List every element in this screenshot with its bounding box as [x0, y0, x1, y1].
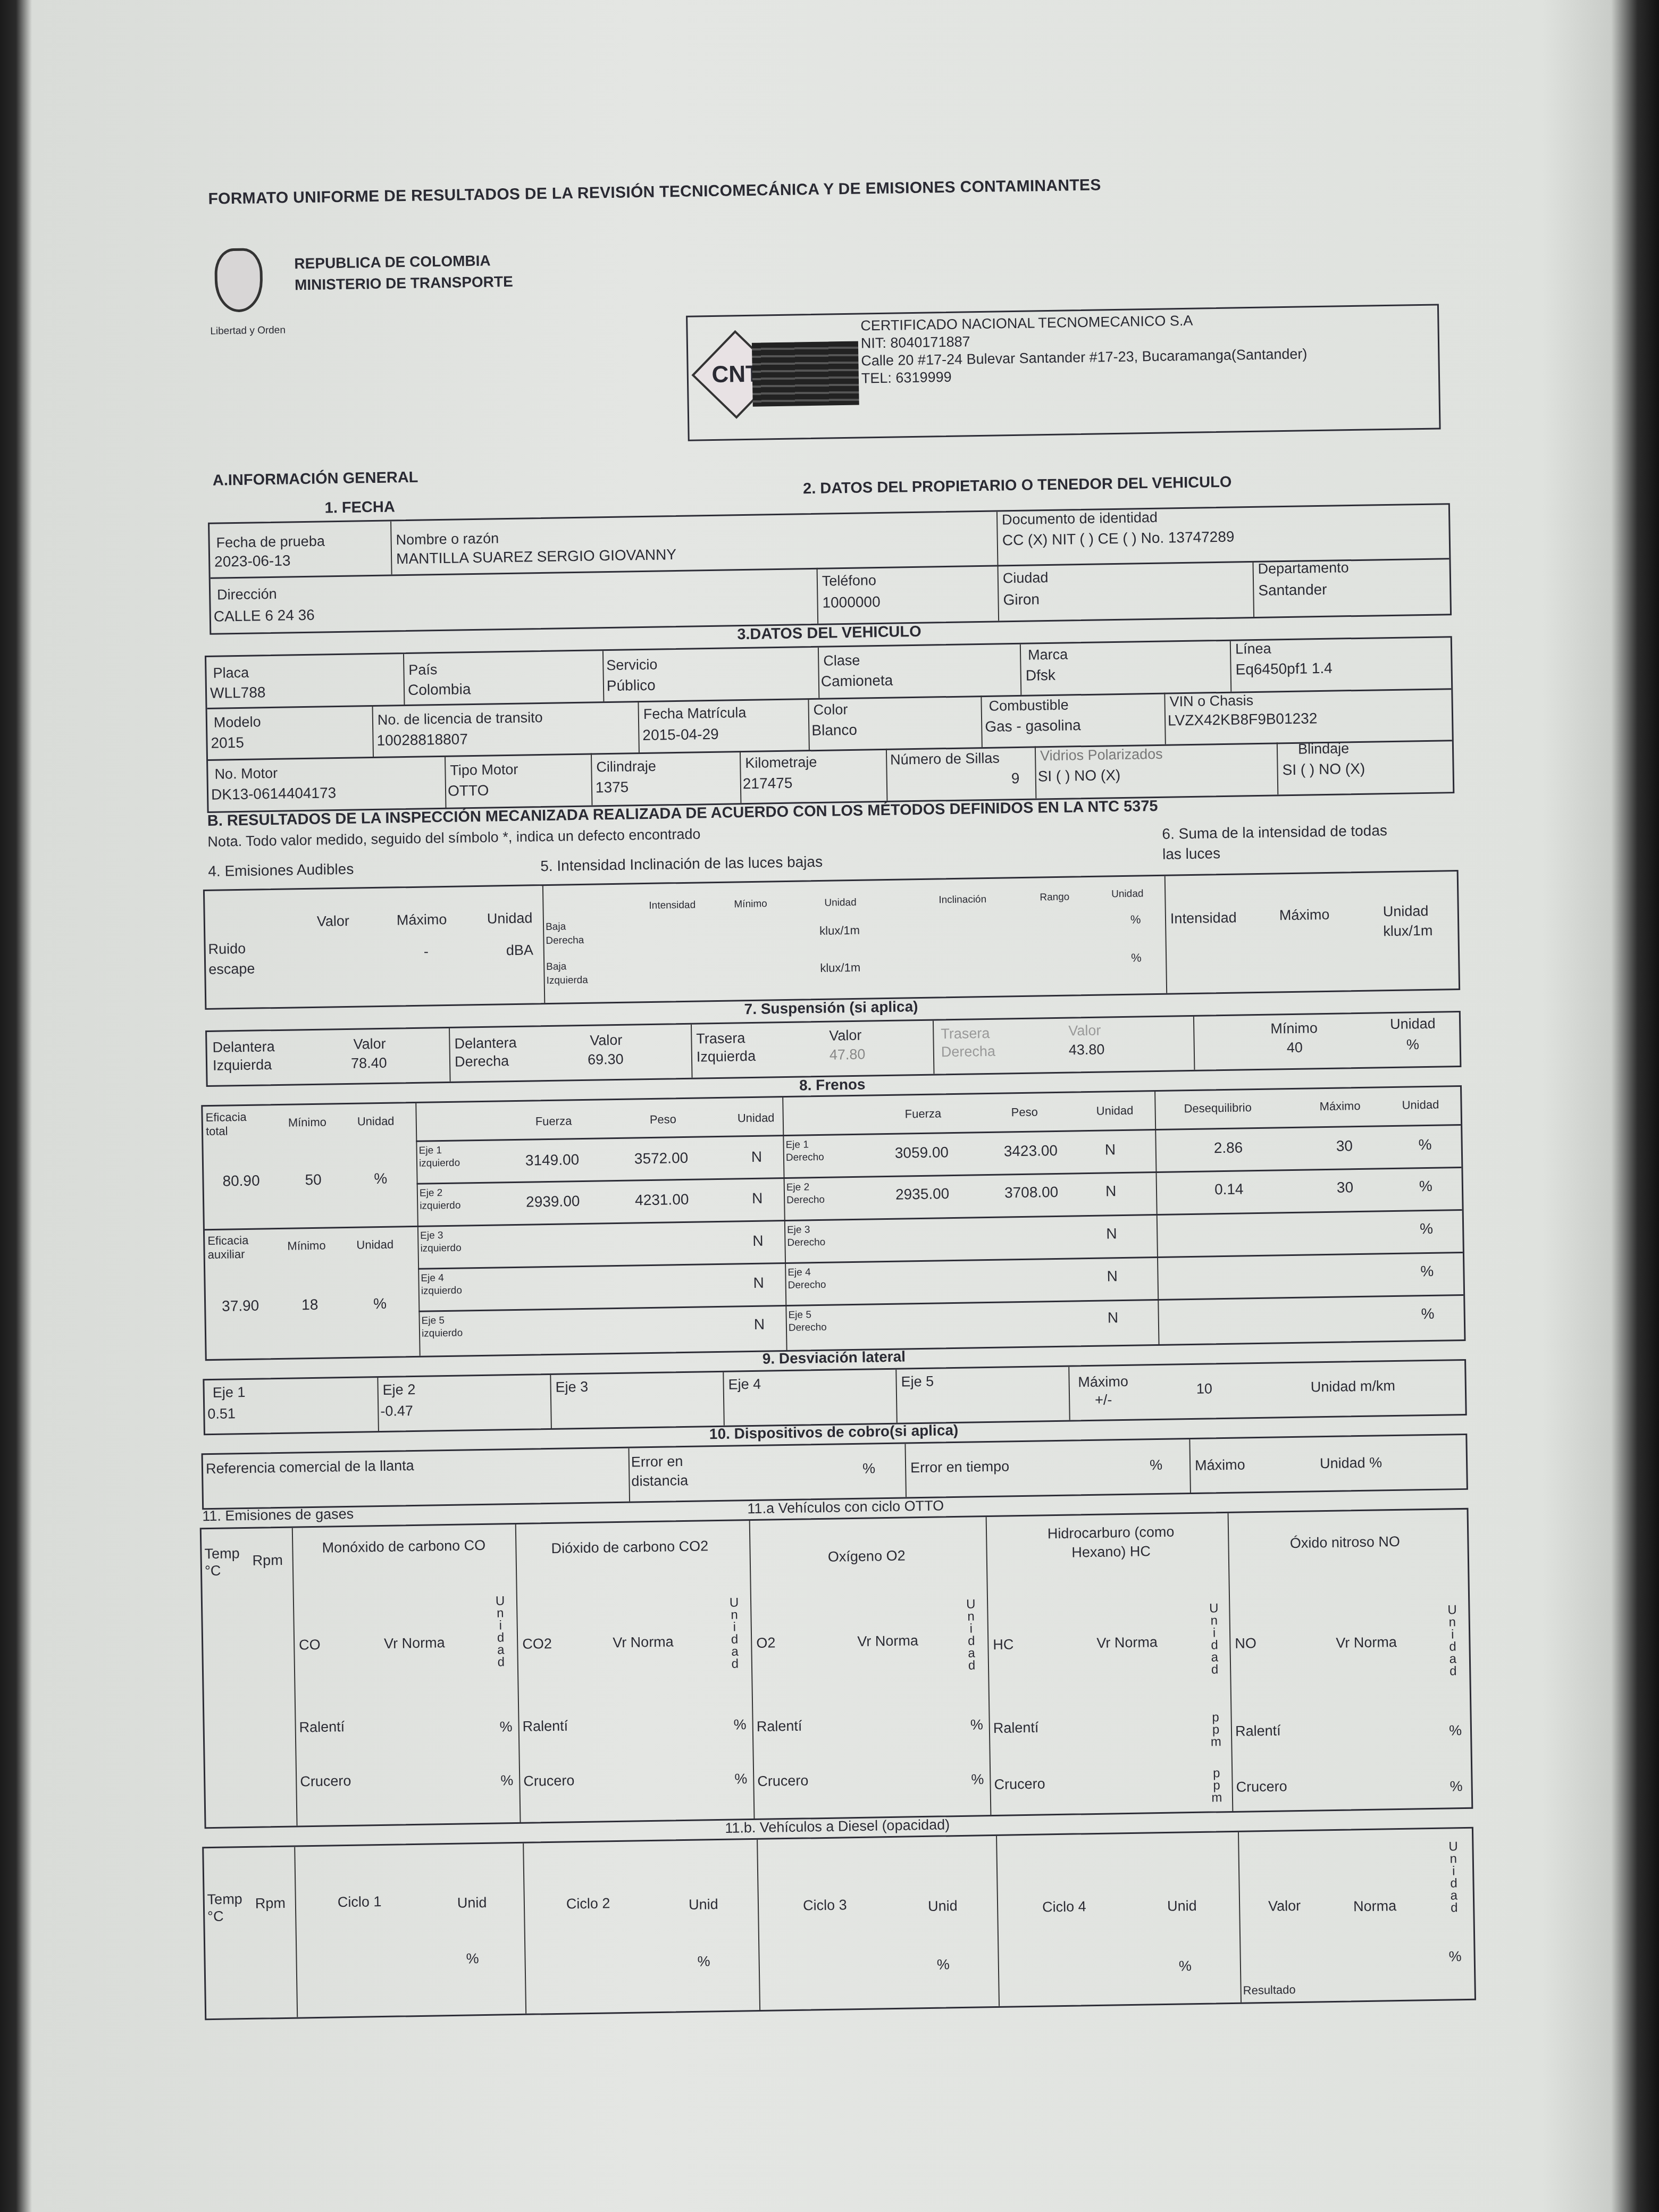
licencia-value: 10028818807: [376, 731, 468, 749]
frenos-row1-desequilibrio: 0.14: [1214, 1180, 1244, 1198]
otto-co-crucero: Crucero: [300, 1773, 351, 1790]
otto-no-abbr: NO: [1235, 1635, 1256, 1652]
frenos-row1-unidad: %: [1419, 1178, 1432, 1195]
color-value: Blanco: [811, 722, 857, 739]
luces-derecha-unidad2: %: [1130, 912, 1141, 926]
otto-no-crucero-unit: %: [1449, 1778, 1462, 1795]
frenos-row0-der: Eje 1 Derecho: [785, 1138, 828, 1164]
logo-bars-icon: [752, 341, 859, 407]
luces-title: 5. Intensidad Inclinación de las luces b…: [540, 853, 823, 875]
cobro-error-tiempo-label: Error en tiempo: [910, 1458, 1010, 1476]
frenos-row2-unidad-izq: N: [752, 1233, 764, 1250]
suma-h-unidad: Unidad: [1383, 903, 1429, 920]
otto-co2-crucero: Crucero: [523, 1772, 575, 1790]
motor-label: No. Motor: [214, 765, 278, 783]
otto-o2-crucero: Crucero: [757, 1772, 809, 1790]
form-title: FORMATO UNIFORME DE RESULTADOS DE LA REV…: [208, 176, 1101, 208]
susp-vlabel-0: Valor: [353, 1036, 386, 1053]
luces-h-unidad2: Unidad: [1111, 888, 1144, 900]
otto-no-ralenti-unit: %: [1449, 1722, 1462, 1739]
diesel-valor-label: Valor: [1268, 1898, 1301, 1915]
otto-o2-crucero-unit: %: [971, 1771, 984, 1788]
eficacia-total-minimo-label: Mínimo: [288, 1116, 327, 1130]
otto-hc-abbr: HC: [993, 1636, 1013, 1653]
frenos-row3-unidad: %: [1420, 1263, 1434, 1280]
sillas-label: Número de Sillas: [890, 750, 1000, 768]
desv-maximo: 10: [1196, 1380, 1213, 1397]
cobro-error-distancia-label: Error en distancia: [631, 1451, 706, 1490]
fecha-prueba-label: Fecha de prueba: [216, 533, 325, 551]
placa-label: Placa: [213, 665, 249, 682]
susp-pos-3: Trasera Derecha: [941, 1024, 1021, 1061]
eficacia-total-unidad: %: [374, 1170, 387, 1187]
frenos-row4-der: Eje 5 Derecho: [788, 1309, 831, 1335]
eficacia-auxiliar-minimo: 18: [301, 1296, 319, 1313]
cilindraje-label: Cilindraje: [596, 758, 656, 776]
frenos-row0-desequilibrio: 2.86: [1214, 1139, 1243, 1157]
ruido-unidad-header: Unidad: [487, 910, 533, 927]
clase-value: Camioneta: [821, 672, 893, 690]
susp-minimo: 40: [1287, 1040, 1303, 1056]
susp-pos-0: Delantera Izquierda: [212, 1037, 292, 1075]
diesel-ciclo3-label: Ciclo 3: [803, 1897, 847, 1914]
tipo-motor-value: OTTO: [448, 782, 489, 800]
ciudad-value: Giron: [1003, 591, 1040, 608]
luces-h-inclinacion: Inclinación: [939, 894, 986, 906]
otto-hc-ralenti: Ralentí: [993, 1720, 1039, 1737]
fecha-matricula-value: 2015-04-29: [642, 726, 719, 744]
otto-hc-ralenti-unit: ppm: [1208, 1710, 1223, 1747]
ruido-unidad: dBA: [506, 942, 534, 959]
frenos-row2-izq: Eje 3 izquierdo: [420, 1229, 463, 1255]
country-label: REPUBLICA DE COLOMBIA: [294, 252, 491, 272]
frenos-row0-fuerza-der: 3059.00: [895, 1144, 949, 1162]
frenos-row1-der: Eje 2 Derecho: [786, 1181, 829, 1207]
frenos-h-maximo: Máximo: [1319, 1099, 1360, 1113]
frenos-row0-unidad-izq: N: [751, 1149, 763, 1166]
luces-h-minimo: Mínimo: [734, 898, 767, 910]
frenos-row0-unidad-der: N: [1105, 1141, 1116, 1158]
modelo-value: 2015: [211, 734, 244, 752]
luces-row-baja-derecha: Baja Derecha: [546, 920, 578, 948]
susp-vlabel-2: Valor: [829, 1027, 862, 1044]
luces-row-baja-izquierda: Baja Izquierda: [546, 960, 579, 988]
desv-eje1-value: 0.51: [207, 1405, 236, 1422]
otto-co-ralenti: Ralentí: [299, 1719, 345, 1736]
nombre-value: MANTILLA SUAREZ SERGIO GIOVANNY: [396, 546, 676, 567]
desv-unidad: Unidad m/km: [1311, 1378, 1396, 1395]
frenos-row3-der: Eje 4 Derecho: [787, 1266, 831, 1292]
otto-co2-unidad-vertical: Unidad: [726, 1595, 742, 1669]
frenos-row0-peso-izq: 3572.00: [634, 1150, 689, 1168]
direccion-value: CALLE 6 24 36: [214, 607, 315, 625]
eficacia-total-value: 80.90: [222, 1172, 260, 1189]
frenos-row2-unidad-der: N: [1106, 1225, 1117, 1242]
otto-table: Temp °C Rpm Monóxido de carbono CO CO Vr…: [200, 1508, 1473, 1829]
otto-co-vrnorma: Vr Norma: [384, 1635, 445, 1652]
diesel-ciclo2-unid: Unid: [689, 1896, 718, 1913]
frenos-row2-unidad: %: [1420, 1220, 1433, 1237]
luces-h-rango: Rango: [1040, 892, 1069, 904]
otto-no-crucero: Crucero: [1236, 1778, 1287, 1796]
susp-value-1: 69.30: [588, 1051, 624, 1068]
rtm-results-form: FORMATO UNIFORME DE RESULTADOS DE LA REV…: [133, 126, 1604, 2105]
frenos-h-peso-izq: Peso: [650, 1112, 677, 1127]
frenos-row0-izq: Eje 1 izquierdo: [418, 1144, 462, 1170]
suma-h-maximo: Máximo: [1279, 907, 1330, 924]
combustible-value: Gas - gasolina: [985, 717, 1081, 735]
linea-value: Eq6450pf1 1.4: [1235, 660, 1333, 678]
otto-hc-unidad-vertical: Unidad: [1206, 1601, 1222, 1674]
frenos-row4-unidad-der: N: [1108, 1309, 1119, 1326]
eficacia-total-label: Eficacia total: [205, 1110, 248, 1138]
diesel-ciclo3-unid: Unid: [928, 1898, 958, 1915]
luces-derecha-unidad: klux/1m: [819, 924, 860, 938]
otto-no-unidad-vertical: Unidad: [1444, 1603, 1460, 1676]
vidrios-label: Vidrios Polarizados: [1040, 746, 1163, 765]
luces-izquierda-unidad2: %: [1131, 951, 1142, 965]
departamento-value: Santander: [1258, 581, 1327, 599]
otto-co2-crucero-unit: %: [734, 1771, 747, 1787]
ruido-title: 4. Emisiones Audibles: [208, 861, 354, 880]
eficacia-auxiliar-value: 37.90: [222, 1297, 259, 1315]
section-a-title: A.INFORMACIÓN GENERAL: [213, 469, 418, 490]
frenos-row1-fuerza-der: 2935.00: [895, 1185, 950, 1203]
otto-o2-ralenti-unit: %: [970, 1716, 983, 1733]
suma-unidad: klux/1m: [1383, 923, 1433, 940]
ciudad-label: Ciudad: [1003, 569, 1049, 586]
owner-table: Fecha de prueba 2023-06-13 Nombre o razó…: [208, 503, 1452, 635]
susp-vlabel-1: Valor: [590, 1032, 623, 1049]
diesel-ciclo4-label: Ciclo 4: [1042, 1898, 1086, 1915]
diesel-ciclo1-unid: Unid: [457, 1895, 487, 1912]
desv-eje2-label: Eje 2: [382, 1381, 415, 1398]
frenos-row0-peso-der: 3423.00: [1004, 1142, 1058, 1160]
pais-value: Colombia: [408, 681, 471, 699]
cobro-tiempo-unidad: %: [1150, 1457, 1162, 1473]
otto-co-abbr: CO: [299, 1637, 321, 1654]
otto-co-unidad-vertical: Unidad: [492, 1594, 508, 1667]
otto-co-ralenti-unit: %: [499, 1719, 512, 1735]
linea-label: Línea: [1235, 640, 1271, 657]
suma-h-intensidad: Intensidad: [1170, 910, 1237, 927]
fecha-prueba-value: 2023-06-13: [214, 552, 291, 570]
frenos-row4-izq: Eje 5 izquierdo: [422, 1314, 465, 1340]
otto-co2-ralenti-unit: %: [733, 1716, 746, 1733]
servicio-value: Público: [607, 677, 656, 694]
kilometraje-value: 217475: [743, 775, 793, 792]
diesel-table: Temp °C Rpm Ciclo 1 Unid % Ciclo 2 Unid …: [202, 1827, 1476, 2021]
vidrios-value: SI ( ) NO (X): [1037, 767, 1120, 785]
susp-pos-1: Delantera Derecha: [454, 1033, 534, 1070]
eficacia-auxiliar-unidad-label: Unidad: [356, 1238, 393, 1252]
telefono-label: Teléfono: [822, 572, 877, 590]
frenos-row1-fuerza-izq: 2939.00: [526, 1193, 580, 1211]
otto-o2-title: Oxígeno O2: [776, 1547, 957, 1566]
otto-co-title: Monóxido de carbono CO: [319, 1536, 489, 1557]
otto-co2-title: Dióxido de carbono CO2: [542, 1536, 718, 1558]
diesel-ciclo1-label: Ciclo 1: [338, 1893, 382, 1911]
color-label: Color: [813, 701, 848, 718]
coat-caption: Libertad y Orden: [210, 325, 286, 338]
diesel-rpm-label: Rpm: [255, 1895, 286, 1912]
sillas-value: 9: [1011, 770, 1020, 787]
frenos-row1-izq: Eje 2 izquierdo: [420, 1187, 463, 1213]
ruido-maximo-header: Máximo: [397, 911, 447, 928]
diesel-unidad-vertical: Unidad: [1445, 1839, 1461, 1913]
diesel-ciclo2-label: Ciclo 2: [566, 1895, 610, 1912]
otto-o2-abbr: O2: [756, 1635, 776, 1652]
diesel-ciclo4-unid: Unid: [1167, 1898, 1197, 1915]
otto-temp-label: Temp °C: [204, 1545, 242, 1579]
luces-h-intensidad: Intensidad: [649, 900, 696, 912]
telefono-value: 1000000: [822, 593, 881, 611]
otto-o2-vrnorma: Vr Norma: [857, 1632, 918, 1650]
luces-h-unidad: Unidad: [824, 897, 857, 909]
vin-label: VIN o Chasis: [1169, 692, 1253, 710]
diesel-norma-label: Norma: [1353, 1898, 1396, 1915]
frenos-h-fuerza-izq: Fuerza: [535, 1114, 572, 1128]
ruido-row-label: Ruido escape: [208, 938, 262, 979]
frenos-table: Eficacia total Mínimo Unidad 80.90 50 % …: [201, 1085, 1465, 1361]
eficacia-auxiliar-unidad: %: [373, 1295, 387, 1312]
susp-unidad: %: [1406, 1036, 1419, 1053]
marca-label: Marca: [1028, 647, 1068, 664]
frenos-h-unidad: Unidad: [1402, 1098, 1439, 1112]
frenos-row3-unidad-izq: N: [753, 1275, 764, 1292]
frenos-row3-unidad-der: N: [1107, 1268, 1118, 1285]
fecha-matricula-label: Fecha Matrícula: [643, 705, 747, 723]
placa-value: WLL788: [210, 684, 266, 702]
coat-of-arms-icon: [214, 248, 263, 312]
otto-co2-ralenti: Ralentí: [522, 1718, 568, 1735]
otto-o2-unidad-vertical: Unidad: [963, 1597, 979, 1670]
otto-no-ralenti: Ralentí: [1235, 1722, 1281, 1739]
desv-maximo-label: Máximo +/-: [1074, 1372, 1133, 1410]
frenos-h-peso-der: Peso: [1011, 1105, 1038, 1119]
otto-co2-vrnorma: Vr Norma: [613, 1633, 674, 1651]
frenos-row4-unidad: %: [1421, 1305, 1434, 1322]
desv-eje1-label: Eje 1: [213, 1384, 246, 1401]
desv-eje3-label: Eje 3: [555, 1379, 588, 1396]
desv-eje2-value: -0.47: [380, 1403, 413, 1420]
frenos-h-desequilibrio: Desequilibrio: [1184, 1101, 1252, 1116]
otto-co2-abbr: CO2: [522, 1636, 552, 1653]
frenos-row0-fuerza-izq: 3149.00: [525, 1151, 580, 1169]
fecha-title: 1. FECHA: [324, 498, 395, 517]
otto-hc-vrnorma: Vr Norma: [1096, 1634, 1158, 1652]
ministry-label: MINISTERIO DE TRANSPORTE: [295, 273, 513, 294]
frenos-row1-peso-izq: 4231.00: [635, 1191, 689, 1209]
documento-label: Documento de identidad: [1002, 509, 1158, 529]
frenos-row4-unidad-izq: N: [754, 1316, 765, 1333]
documento-value: CC (X) NIT ( ) CE ( ) No. 13747289: [1002, 529, 1235, 549]
susp-vlabel-3: Valor: [1068, 1023, 1101, 1040]
frenos-h-fuerza-der: Fuerza: [904, 1107, 941, 1121]
eficacia-total-minimo: 50: [305, 1171, 322, 1188]
diesel-ciclo2-pct: %: [697, 1953, 710, 1970]
frenos-row0-unidad: %: [1418, 1136, 1431, 1153]
frenos-h-unidad-der: Unidad: [1096, 1104, 1133, 1118]
frenos-row1-peso-der: 3708.00: [1004, 1184, 1059, 1202]
desv-eje5-label: Eje 5: [901, 1373, 934, 1390]
gases-title: 11. Emisiones de gases: [202, 1506, 354, 1524]
otto-hc-crucero-unit: ppm: [1209, 1766, 1224, 1803]
diesel-temp-label: Temp °C: [207, 1890, 245, 1925]
licencia-label: No. de licencia de transito: [378, 709, 543, 728]
owner-title: 2. DATOS DEL PROPIETARIO O TENEDOR DEL V…: [803, 472, 1239, 499]
vehicle-table: Placa WLL788 País Colombia Servicio Públ…: [205, 636, 1454, 813]
susp-value-0: 78.40: [351, 1055, 387, 1072]
otto-no-title: Óxido nitroso NO: [1260, 1531, 1430, 1553]
ruido-valor-header: Valor: [317, 913, 350, 930]
direccion-label: Dirección: [217, 586, 277, 604]
motor-value: DK13-0614404173: [211, 784, 337, 803]
tipo-motor-label: Tipo Motor: [450, 761, 518, 779]
cobro-maximo-label: Máximo: [1195, 1456, 1245, 1473]
servicio-label: Servicio: [606, 657, 658, 674]
marca-value: Dfsk: [1026, 667, 1055, 684]
otto-hc-title: Hidrocarburo (como Hexano) HC: [1020, 1522, 1202, 1563]
ruido-luces-table: Valor Máximo Unidad Ruido escape - dBA I…: [203, 870, 1460, 1010]
cobro-unidad-label: Unidad %: [1320, 1454, 1382, 1472]
cilindraje-value: 1375: [596, 779, 629, 797]
diesel-ciclo1-pct: %: [466, 1950, 479, 1967]
clase-label: Clase: [823, 652, 860, 669]
frenos-row2-der: Eje 3 Derecho: [787, 1224, 830, 1250]
desv-eje4-label: Eje 4: [728, 1376, 761, 1393]
eficacia-auxiliar-minimo-label: Mínimo: [287, 1239, 326, 1253]
section-b-note: Nota. Todo valor medido, seguido del sím…: [207, 826, 700, 850]
modelo-label: Modelo: [214, 714, 261, 731]
diesel-ciclo4-pct: %: [1179, 1958, 1192, 1974]
luces-izquierda-unidad: klux/1m: [820, 961, 860, 975]
frenos-h-unidad-izq: Unidad: [738, 1111, 775, 1125]
susp-value-3: 43.80: [1069, 1042, 1105, 1059]
ruido-maximo: -: [424, 943, 429, 960]
diesel-resultado-label: Resultado: [1243, 1983, 1295, 1998]
frenos-row3-izq: Eje 4 izquierdo: [421, 1272, 464, 1298]
kilometraje-label: Kilometraje: [745, 754, 817, 772]
susp-minimo-label: Mínimo: [1270, 1020, 1318, 1037]
eficacia-auxiliar-label: Eficacia auxiliar: [207, 1234, 250, 1262]
nombre-label: Nombre o razón: [396, 530, 499, 548]
otto-rpm-label: Rpm: [252, 1552, 282, 1569]
frenos-row1-unidad-izq: N: [752, 1190, 763, 1207]
cda-box: CNT CERTIFICADO NACIONAL TECNOMECANICO S…: [686, 304, 1441, 441]
frenos-row1-unidad-der: N: [1105, 1183, 1117, 1200]
otto-o2-ralenti: Ralentí: [757, 1718, 802, 1735]
vin-value: LVZX42KB8F9B01232: [1168, 710, 1318, 729]
departamento-label: Departamento: [1258, 559, 1349, 577]
susp-pos-2: Trasera Izquierda: [696, 1028, 776, 1066]
otto-hc-crucero: Crucero: [994, 1775, 1045, 1793]
eficacia-total-unidad-label: Unidad: [357, 1115, 395, 1129]
susp-value-2: 47.80: [829, 1046, 866, 1063]
cobro-llanta-label: Referencia comercial de la llanta: [206, 1456, 430, 1479]
cobro-distancia-unidad: %: [862, 1460, 875, 1477]
blindaje-label: Blindaje: [1298, 740, 1350, 758]
suma-luces-title: 6. Suma de la intensidad de todas las lu…: [1162, 820, 1407, 865]
diesel-unidad-pct: %: [1448, 1948, 1461, 1965]
frenos-row1-maximo: 30: [1337, 1179, 1354, 1196]
susp-unidad-label: Unidad: [1390, 1016, 1436, 1033]
frenos-row0-maximo: 30: [1336, 1137, 1353, 1154]
blindaje-value: SI ( ) NO (X): [1282, 760, 1365, 778]
otto-no-vrnorma: Vr Norma: [1336, 1634, 1397, 1652]
pais-label: País: [408, 661, 438, 678]
otto-co-crucero-unit: %: [500, 1772, 513, 1789]
diesel-ciclo3-pct: %: [937, 1956, 950, 1973]
combustible-label: Combustible: [988, 697, 1069, 714]
